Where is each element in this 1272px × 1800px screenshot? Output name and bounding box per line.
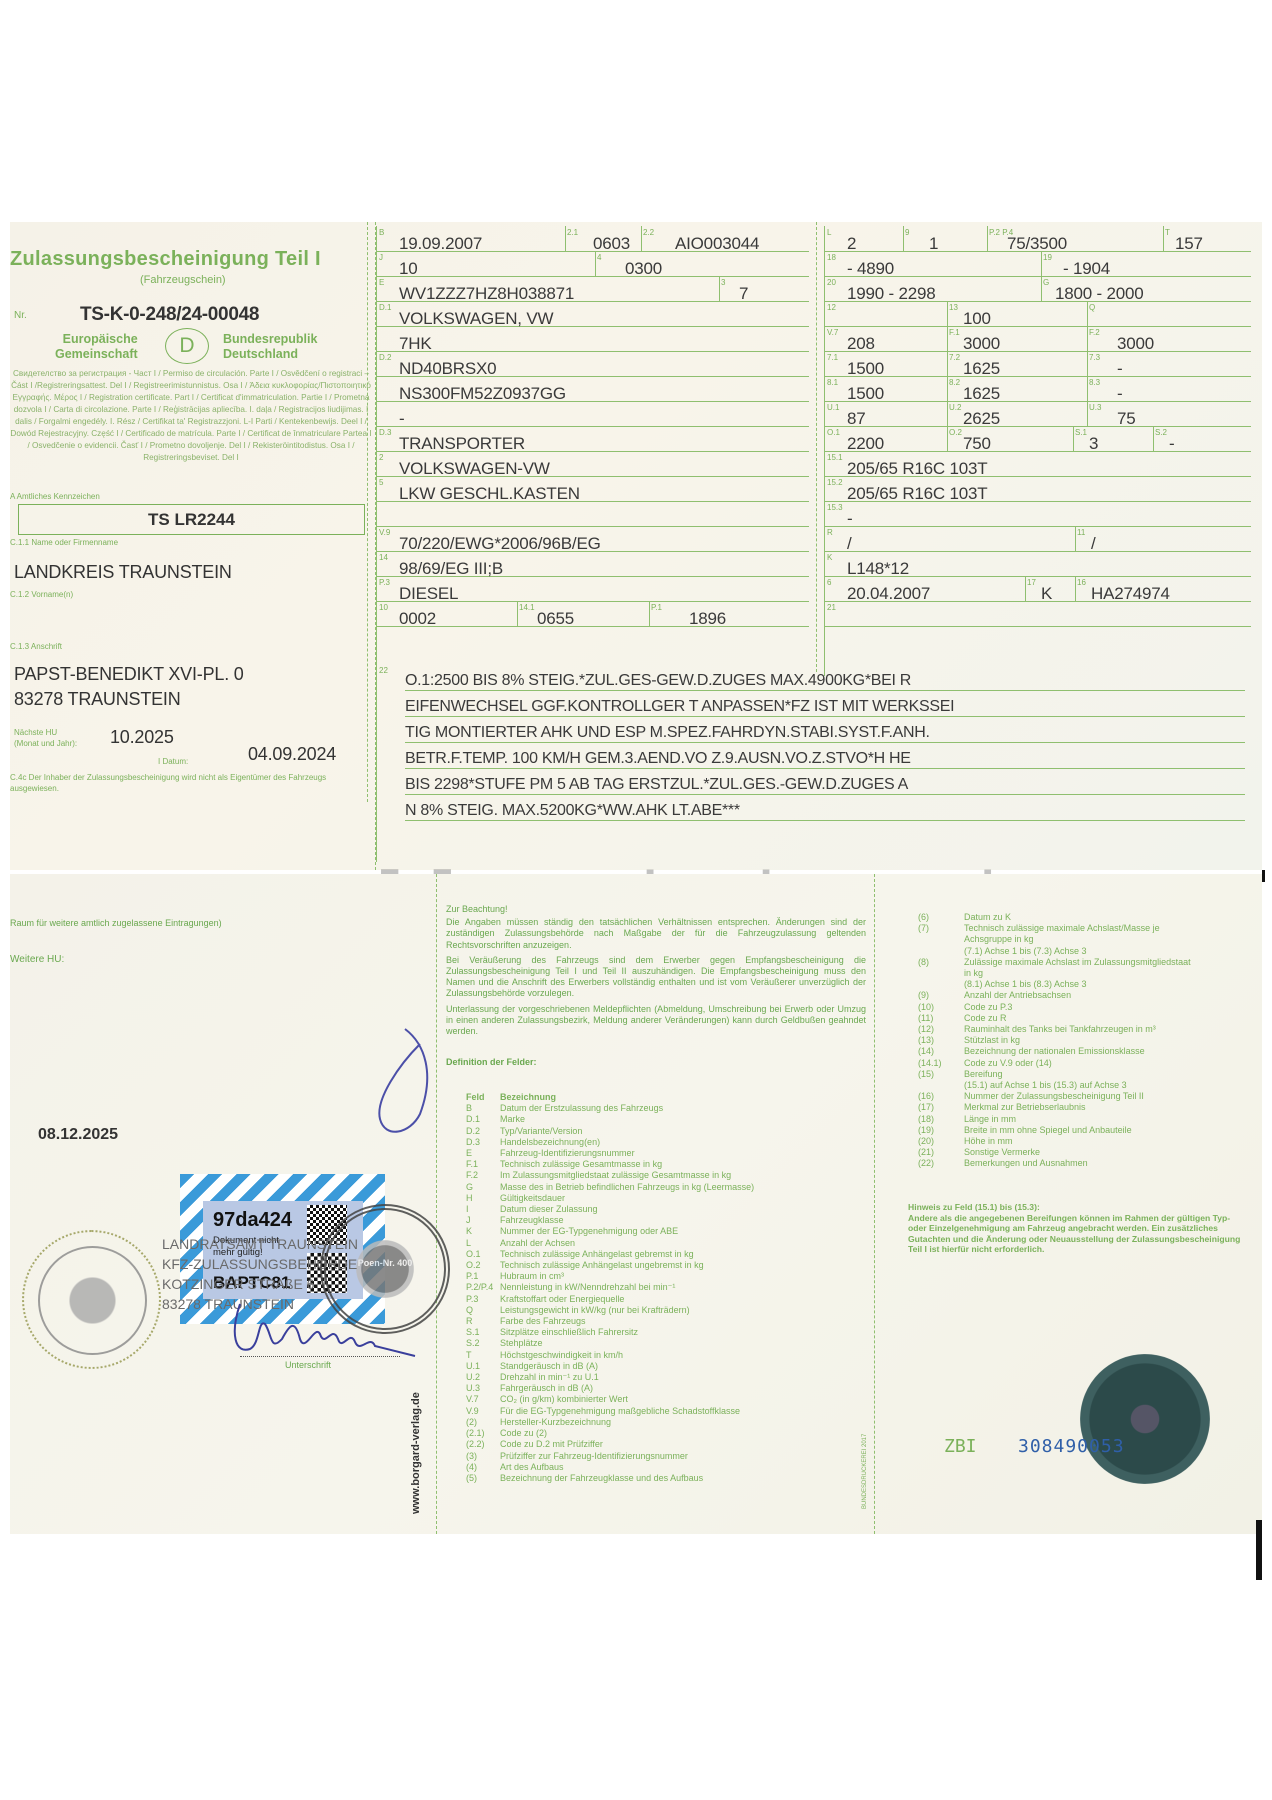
definition-row: (5)Bezeichnung der Fahrzeugklasse und de…: [466, 1473, 866, 1484]
grid-row: 201990 - 2298G1800 - 2000: [825, 276, 1251, 302]
field-tag-U1: U.1: [827, 403, 839, 412]
signature-label: Unterschrift: [285, 1360, 331, 1371]
definition-row: (2.2)Code zu D.2 mit Prüfziffer: [466, 1439, 866, 1450]
notice-title: Zur Beachtung!: [446, 904, 866, 915]
grid-row: 15.1205/65 R16C 103T: [825, 451, 1251, 477]
definition-row: (14.1)Code zu V.9 oder (14): [918, 1058, 1258, 1069]
registration-front: Zulassungsbescheinigung Teil I (Fahrzeug…: [10, 222, 1262, 870]
definition-key: U.3: [466, 1383, 500, 1394]
definition-row: F.2Im Zulassungsmitgliedstaat zulässige …: [466, 1170, 866, 1181]
definition-row: EFahrzeug-Identifizierungsnummer: [466, 1148, 866, 1159]
definition-key: (9): [918, 990, 964, 1001]
field-tag-3: 3: [721, 278, 725, 287]
eu-label-line2: Gemeinschaft: [55, 347, 138, 362]
definition-row: LAnzahl der Achsen: [466, 1238, 866, 1249]
definition-key: (18): [918, 1114, 964, 1125]
field-tag-O1: O.1: [827, 428, 840, 437]
grid-row: 21: [825, 601, 1251, 627]
definition-row: (19)Breite in mm ohne Spiegel und Anbaut…: [918, 1125, 1258, 1136]
grid-row: 15.3-: [825, 501, 1251, 527]
plate-box: TS LR2244: [18, 504, 365, 535]
cell-separator: [947, 351, 948, 376]
definition-row: (7)Technisch zulässige maximale Achslast…: [918, 923, 1258, 934]
definition-text: Höhe in mm: [964, 1136, 1013, 1147]
definition-text: Hersteller-Kurzbezeichnung: [500, 1417, 611, 1428]
definition-row: S.2Stehplätze: [466, 1338, 866, 1349]
definition-text: CO₂ (in g/km) kombinierter Wert: [500, 1394, 628, 1405]
definition-row: (10)Code zu P.3: [918, 1002, 1258, 1013]
definition-key: (21): [918, 1147, 964, 1158]
definition-row: KNummer der EG-Typgenehmigung oder ABE: [466, 1226, 866, 1237]
field-tag-V7: V.7: [827, 328, 838, 337]
cell-separator: [903, 226, 904, 251]
scan-mark: [1262, 870, 1265, 882]
next-hu-value: 10.2025: [110, 727, 174, 748]
divider-back-2: [874, 874, 875, 1534]
field-tag-8_3: 8.3: [1089, 378, 1100, 387]
field-tag-17: 17: [1027, 578, 1036, 587]
grid-row: V.7208F.13000F.23000: [825, 326, 1251, 352]
field-tag-5: 5: [379, 478, 383, 487]
fields-grid-right: L291P.2 P.475/3500T15718- 489019- 190420…: [824, 226, 1251, 676]
grid-row: EWV1ZZZ7HZ8H03887137: [377, 276, 809, 302]
tag-22: 22: [379, 666, 388, 675]
notice-p3: Unterlassung der vorgeschriebenen Meldep…: [446, 1004, 866, 1038]
field-tag-7_2: 7.2: [949, 353, 960, 362]
document-title: Zulassungsbescheinigung Teil I: [10, 248, 321, 271]
remark-line: BETR.F.TEMP. 100 KM/H GEM.3.AEND.VO Z.9.…: [405, 750, 1245, 769]
definition-text: Fahrzeugklasse: [500, 1215, 564, 1226]
tire-hint-title: Hinweis zu Feld (15.1) bis (15.3):: [908, 1202, 1248, 1213]
definition-key: U.1: [466, 1361, 500, 1372]
field-tag-P3: P.3: [379, 578, 390, 587]
definition-text: Code zu (2): [500, 1428, 547, 1439]
field-tag-D1: D.1: [379, 303, 391, 312]
seal-inner: [38, 1246, 147, 1355]
field-tag-6: 6: [827, 578, 831, 587]
grid-row: 620.04.200717K16HA274974: [825, 576, 1251, 602]
definition-row: O.2Technisch zulässige Anhängelast ungeb…: [466, 1260, 866, 1271]
grid-row: 18- 489019- 1904: [825, 251, 1251, 277]
definition-key: (10): [918, 1002, 964, 1013]
definition-key: [918, 934, 964, 945]
field-tag-11: 11: [1077, 528, 1085, 537]
field-tag-7_3: 7.3: [1089, 353, 1100, 362]
grid-row: U.187U.22625U.375: [825, 401, 1251, 427]
grid-row: 1213100Q: [825, 301, 1251, 327]
grid-row: V.970/220/EWG*2006/96B/EG: [377, 526, 809, 552]
grid-row: -: [377, 401, 809, 427]
document-number: TS-K-0-248/24-00048: [80, 304, 259, 326]
document-subtitle: (Fahrzeugschein): [140, 274, 226, 286]
definition-row: (8)Zulässige maximale Achslast im Zulass…: [918, 957, 1258, 968]
definition-row: (3)Prüfziffer zur Fahrzeug-Identifizieru…: [466, 1451, 866, 1462]
definition-text: Datum dieser Zulassung: [500, 1204, 598, 1215]
definition-text: Sonstige Vermerke: [964, 1147, 1040, 1158]
space-label: Raum für weitere amtlich zugelassene Ein…: [10, 918, 222, 929]
definition-row: (2)Hersteller-Kurzbezeichnung: [466, 1417, 866, 1428]
address-label: C.1.3 Anschrift: [10, 642, 62, 651]
field-value-P1: 1896: [689, 609, 726, 629]
definition-key: (11): [918, 1013, 964, 1024]
grid-row: D.1VOLKSWAGEN, VW: [377, 301, 809, 327]
definition-row: P.2/P.4Nennleistung in kW/Nenndrehzahl b…: [466, 1282, 866, 1293]
divider-mid: [816, 222, 817, 672]
field-tag-14_1: 14.1: [519, 603, 535, 612]
cell-separator: [1087, 301, 1088, 326]
cell-separator: [1073, 426, 1074, 451]
cell-separator: [719, 276, 720, 301]
definition-key: Q: [466, 1305, 500, 1316]
cell-separator: [947, 326, 948, 351]
definition-key: (2.2): [466, 1439, 500, 1450]
signature-line: [240, 1356, 400, 1357]
field-tag-8_2: 8.2: [949, 378, 960, 387]
definitions-header-feld: Feld: [466, 1092, 500, 1103]
printer-label: BUNDESDRUCKEREI 2017: [862, 1434, 868, 1509]
grid-row: P.3DIESEL: [377, 576, 809, 602]
definition-text: Datum zu K: [964, 912, 1011, 923]
field-tag-G: G: [1043, 278, 1049, 287]
authority-line3: KOTZINGER STRAßE 6: [162, 1274, 358, 1294]
field-tag-16: 16: [1077, 578, 1086, 587]
definition-row: (2.1)Code zu (2): [466, 1428, 866, 1439]
definition-key: P.2/P.4: [466, 1282, 500, 1293]
definition-text: Bereifung: [964, 1069, 1003, 1080]
notice-p1: Die Angaben müssen ständig den tatsächli…: [446, 917, 866, 951]
definition-row: (15)Bereifung: [918, 1069, 1258, 1080]
country-oval-icon: D: [165, 328, 209, 364]
definition-text: Technisch zulässige Anhängelast gebremst…: [500, 1249, 694, 1260]
definition-text: (7.1) Achse 1 bis (7.3) Achse 3: [964, 946, 1087, 957]
definition-text: Nennleistung in kW/Nenndrehzahl bei min⁻…: [500, 1282, 675, 1293]
definitions-header-bezeichnung: Bezeichnung: [500, 1092, 556, 1103]
field-tag-10: 10: [379, 603, 388, 612]
definition-text: Stützlast in kg: [964, 1035, 1020, 1046]
definition-row: D.2Typ/Variante/Version: [466, 1126, 866, 1137]
field-tag-B: B: [379, 228, 384, 237]
definition-key: (14): [918, 1046, 964, 1057]
definition-row: THöchstgeschwindigkeit in km/h: [466, 1350, 866, 1361]
field-tag-19: 19: [1043, 253, 1052, 262]
field-tag-4: 4: [597, 253, 601, 262]
field-tag-2_1: 2.1: [567, 228, 578, 237]
cell-separator: [987, 226, 988, 251]
field-tag-L: L: [827, 228, 831, 237]
definition-row: RFarbe des Fahrzeugs: [466, 1316, 866, 1327]
grid-row: B19.09.20072.106032.2AIO003044: [377, 226, 809, 252]
definition-row: (16)Nummer der Zulassungsbescheinigung T…: [918, 1091, 1258, 1102]
definition-row: (12)Rauminhalt des Tanks bei Tankfahrzeu…: [918, 1024, 1258, 1035]
definition-key: T: [466, 1350, 500, 1361]
date-label: I Datum:: [158, 757, 188, 766]
definition-text: Länge in mm: [964, 1114, 1016, 1125]
definition-key: (7): [918, 923, 964, 934]
definition-row: O.1Technisch zulässige Anhängelast gebre…: [466, 1249, 866, 1260]
definition-key: (4): [466, 1462, 500, 1473]
cell-separator: [641, 226, 642, 251]
definition-key: K: [466, 1226, 500, 1237]
definition-text: Farbe des Fahrzeugs: [500, 1316, 586, 1327]
definitions-header: Feld Bezeichnung: [466, 1092, 866, 1103]
definition-text: Standgeräusch in dB (A): [500, 1361, 598, 1372]
definition-text: (15.1) auf Achse 1 bis (15.3) auf Achse …: [964, 1080, 1127, 1091]
field-tag-F1: F.1: [949, 328, 960, 337]
cell-separator: [595, 251, 596, 276]
remark-line: BIS 2298*STUFE PM 5 AB TAG ERSTZUL.*ZUL.…: [405, 776, 1245, 795]
remark-line: N 8% STEIG. MAX.5200KG*WW.AHK LT.ABE***: [405, 802, 1245, 821]
definition-key: [918, 979, 964, 990]
cell-separator: [565, 226, 566, 251]
definition-key: (2.1): [466, 1428, 500, 1439]
definition-key: (5): [466, 1473, 500, 1484]
remarks-section: 22 O.1:2500 BIS 8% STEIG.*ZUL.GES-GEW.D.…: [376, 662, 1251, 862]
definition-text: Sitzplätze einschließlich Fahrersitz: [500, 1327, 638, 1338]
address-line2: 83278 TRAUNSTEIN: [14, 689, 181, 710]
definition-text: Anzahl der Antriebsachsen: [964, 990, 1071, 1001]
definition-text: Technisch zulässige maximale Achslast/Ma…: [964, 923, 1160, 934]
cell-separator: [1087, 376, 1088, 401]
definition-row: D.3Handelsbezeichnung(en): [466, 1137, 866, 1148]
definition-row: IDatum dieser Zulassung: [466, 1204, 866, 1215]
definition-key: (3): [466, 1451, 500, 1462]
plate-label: A Amtliches Kennzeichen: [10, 492, 100, 501]
definition-key: D.3: [466, 1137, 500, 1148]
field-tag-14: 14: [379, 553, 388, 562]
field-tag-15_2: 15.2: [827, 478, 843, 487]
definition-key: (13): [918, 1035, 964, 1046]
field-tag-O2: O.2: [949, 428, 962, 437]
field-tag-D2: D.2: [379, 353, 391, 362]
grid-row: 15.2205/65 R16C 103T: [825, 476, 1251, 502]
divider-left: [367, 222, 368, 802]
field-tag-S2: S.2: [1155, 428, 1167, 437]
de-label: Bundesrepublik Deutschland: [223, 332, 317, 362]
definition-key: O.2: [466, 1260, 500, 1271]
definition-text: Nummer der Zulassungsbescheinigung Teil …: [964, 1091, 1144, 1102]
definition-text: Code zu D.2 mit Prüfziffer: [500, 1439, 603, 1450]
grid-row: 7.115007.216257.3-: [825, 351, 1251, 377]
definition-key: F.2: [466, 1170, 500, 1181]
cell-separator: [1087, 326, 1088, 351]
definition-key: J: [466, 1215, 500, 1226]
definition-key: (15): [918, 1069, 964, 1080]
definition-row: (4)Art des Aufbaus: [466, 1462, 866, 1473]
definition-key: (12): [918, 1024, 964, 1035]
definition-key: (20): [918, 1136, 964, 1147]
definition-row: F.1Technisch zulässige Gesamtmasse in kg: [466, 1159, 866, 1170]
holder-name: LANDKREIS TRAUNSTEIN: [14, 562, 232, 583]
grid-row: O.12200O.2750S.13S.2-: [825, 426, 1251, 452]
field-tag-D3: D.3: [379, 428, 391, 437]
remark-line: EIFENWECHSEL GGF.KONTROLLGER T ANPASSEN*…: [405, 698, 1245, 717]
definition-key: H: [466, 1193, 500, 1204]
publisher-url: www.borgard-verlag.de: [410, 1392, 422, 1514]
definition-row: U.1Standgeräusch in dB (A): [466, 1361, 866, 1372]
definition-row: U.3Fahrgeräusch in dB (A): [466, 1383, 866, 1394]
owner-note: C.4c Der Inhaber der Zulassungsbescheini…: [10, 772, 340, 794]
definition-text: Fahrgeräusch in dB (A): [500, 1383, 593, 1394]
definition-key: R: [466, 1316, 500, 1327]
definition-text: Achsgruppe in kg: [964, 934, 1034, 945]
definition-key: P.1: [466, 1271, 500, 1282]
definition-text: Zulässige maximale Achslast im Zulassung…: [964, 957, 1191, 968]
definition-row: (21)Sonstige Vermerke: [918, 1147, 1258, 1158]
field-tag-U2: U.2: [949, 403, 961, 412]
tire-hint: Hinweis zu Feld (15.1) bis (15.3): Ander…: [908, 1202, 1248, 1255]
definition-text: Nummer der EG-Typgenehmigung oder ABE: [500, 1226, 678, 1237]
field-tag-13: 13: [949, 303, 958, 312]
definition-key: (8): [918, 957, 964, 968]
definition-key: F.1: [466, 1159, 500, 1170]
definition-text: Marke: [500, 1114, 525, 1125]
definition-key: [918, 946, 964, 957]
sticker-code: 97da424: [213, 1209, 292, 1232]
definition-row: (7.1) Achse 1 bis (7.3) Achse 3: [918, 946, 1258, 957]
cell-separator: [1153, 426, 1154, 451]
field-tag-U3: U.3: [1089, 403, 1101, 412]
definition-row: P.3Kraftstoffart oder Energiequelle: [466, 1294, 866, 1305]
definition-text: Drehzahl in min⁻¹ zu U.1: [500, 1372, 599, 1383]
hu-label-line2: (Monat und Jahr):: [14, 738, 77, 749]
definitions-list-left: Feld Bezeichnung BDatum der Erstzulassun…: [466, 1092, 866, 1484]
definition-key: [918, 1080, 964, 1091]
grid-row: 8.115008.216258.3-: [825, 376, 1251, 402]
definition-text: Technisch zulässige Anhängelast ungebrem…: [500, 1260, 704, 1271]
definition-row: (20)Höhe in mm: [918, 1136, 1258, 1147]
field-tag-2: 2: [379, 453, 383, 462]
cell-separator: [649, 601, 650, 626]
grid-row: D.3TRANSPORTER: [377, 426, 809, 452]
field-tag-V9: V.9: [379, 528, 390, 537]
grid-row: 1498/69/EG III;B: [377, 551, 809, 577]
definition-row: QLeistungsgewicht in kW/kg (nur bei Kraf…: [466, 1305, 866, 1316]
issue-date: 08.12.2025: [38, 1126, 118, 1144]
definition-text: Kraftstoffart oder Energiequelle: [500, 1294, 624, 1305]
signature-icon: [220, 1294, 420, 1364]
definition-row: V.7CO₂ (in g/km) kombinierter Wert: [466, 1394, 866, 1405]
definition-text: Für die EG-Typgenehmigung maßgebliche Sc…: [500, 1406, 740, 1417]
de-label-line1: Bundesrepublik: [223, 332, 317, 347]
field-tag-15_3: 15.3: [827, 503, 843, 512]
grid-row: 5LKW GESCHL.KASTEN: [377, 476, 809, 502]
de-label-line2: Deutschland: [223, 347, 317, 362]
definition-key: D.2: [466, 1126, 500, 1137]
definition-row: GMasse des in Betrieb befindlichen Fahrz…: [466, 1182, 866, 1193]
cell-separator: [947, 376, 948, 401]
definition-text: Hubraum in cm³: [500, 1271, 564, 1282]
definition-text: Breite in mm ohne Spiegel und Anbauteile: [964, 1125, 1132, 1136]
definition-key: D.1: [466, 1114, 500, 1125]
notice-section: Zur Beachtung! Die Angaben müssen ständi…: [446, 904, 866, 1068]
cell-separator: [517, 601, 518, 626]
notice-p2: Bei Veräußerung des Fahrzeugs sind dem E…: [446, 955, 866, 1000]
definition-row: V.9Für die EG-Typgenehmigung maßgebliche…: [466, 1406, 866, 1417]
definition-text: Datum der Erstzulassung des Fahrzeugs: [500, 1103, 663, 1114]
definition-text: Merkmal zur Betriebserlaubnis: [964, 1102, 1086, 1113]
field-tag-P1: P.1: [651, 603, 662, 612]
definition-text: Bemerkungen und Ausnahmen: [964, 1158, 1088, 1169]
definition-text: Code zu R: [964, 1013, 1007, 1024]
authority-line2: KFZ-ZULASSUNGSBEHÖRDE: [162, 1254, 358, 1274]
definition-text: Gültigkeitsdauer: [500, 1193, 565, 1204]
license-plate: TS LR2244: [19, 505, 364, 534]
eu-label: Europäische Gemeinschaft: [55, 332, 138, 362]
definition-key: S.2: [466, 1338, 500, 1349]
field-tag-K: K: [827, 553, 832, 562]
definitions-list-right: (6)Datum zu K(7)Technisch zulässige maxi…: [918, 912, 1258, 1170]
definition-key: V.7: [466, 1394, 500, 1405]
grid-row: 7HK: [377, 326, 809, 352]
definition-row: S.1Sitzplätze einschließlich Fahrersitz: [466, 1327, 866, 1338]
field-tag-9: 9: [905, 228, 909, 237]
cell-separator: [1041, 276, 1042, 301]
definition-key: P.3: [466, 1294, 500, 1305]
definition-text: Code zu P.3: [964, 1002, 1012, 1013]
field-tag-E: E: [379, 278, 384, 287]
definition-key: (19): [918, 1125, 964, 1136]
field-tag-J: J: [379, 253, 383, 262]
date-value: 04.09.2024: [248, 744, 336, 765]
field-tag-S1: S.1: [1075, 428, 1087, 437]
field-value-14_1: 0655: [537, 609, 574, 629]
definition-text: Art des Aufbaus: [500, 1462, 564, 1473]
address-line1: PAPST-BENEDIKT XVI-PL. 0: [14, 664, 244, 685]
definition-row: Achsgruppe in kg: [918, 934, 1258, 945]
definition-row: P.1Hubraum in cm³: [466, 1271, 866, 1282]
field-tag-12: 12: [827, 303, 836, 312]
hu-label: Nächste HU (Monat und Jahr):: [14, 727, 77, 749]
definition-row: (22)Bemerkungen und Ausnahmen: [918, 1158, 1258, 1169]
definition-row: BDatum der Erstzulassung des Fahrzeugs: [466, 1103, 866, 1114]
multilingual-titles: Свидетелство за регистрация - Част I / P…: [10, 368, 372, 464]
cell-separator: [1025, 576, 1026, 601]
grid-row: J1040300: [377, 251, 809, 277]
definition-row: HGültigkeitsdauer: [466, 1193, 866, 1204]
definition-key: E: [466, 1148, 500, 1159]
definition-row: (11)Code zu R: [918, 1013, 1258, 1024]
tire-hint-text: Andere als die angegebenen Bereifungen k…: [908, 1213, 1248, 1255]
definition-text: Code zu V.9 oder (14): [964, 1058, 1052, 1069]
grid-row: [377, 501, 809, 527]
definition-row: (14)Bezeichnung der nationalen Emissions…: [918, 1046, 1258, 1057]
definition-text: Masse des in Betrieb befindlichen Fahrze…: [500, 1182, 754, 1193]
cell-separator: [1087, 401, 1088, 426]
field-tag-R: R: [827, 528, 833, 537]
definition-row: U.2Drehzahl in min⁻¹ zu U.1: [466, 1372, 866, 1383]
hologram-icon: [1080, 1354, 1210, 1484]
field-value-10: 0002: [399, 609, 436, 629]
cell-separator: [1087, 351, 1088, 376]
definition-text: (8.1) Achse 1 bis (8.3) Achse 3: [964, 979, 1087, 990]
eu-label-line1: Europäische: [55, 332, 138, 347]
field-tag-F2: F.2: [1089, 328, 1100, 337]
definition-text: Technisch zulässige Gesamtmasse in kg: [500, 1159, 662, 1170]
grid-row: KL148*12: [825, 551, 1251, 577]
registration-back: Raum für weitere amtlich zugelassene Ein…: [10, 874, 1262, 1534]
definition-text: in kg: [964, 968, 983, 979]
grid-row: 10000214.10655P.11896: [377, 601, 809, 627]
fields-grid-middle: B19.09.20072.106032.2AIO003044J1040300EW…: [376, 226, 809, 676]
definition-key: V.9: [466, 1406, 500, 1417]
field-tag-20: 20: [827, 278, 836, 287]
definition-key: S.1: [466, 1327, 500, 1338]
field-tag-15_1: 15.1: [827, 453, 843, 462]
hu-label-line1: Nächste HU: [14, 727, 77, 738]
definition-row: JFahrzeugklasse: [466, 1215, 866, 1226]
definition-key: O.1: [466, 1249, 500, 1260]
remark-line: O.1:2500 BIS 8% STEIG.*ZUL.GES-GEW.D.ZUG…: [405, 672, 1245, 691]
